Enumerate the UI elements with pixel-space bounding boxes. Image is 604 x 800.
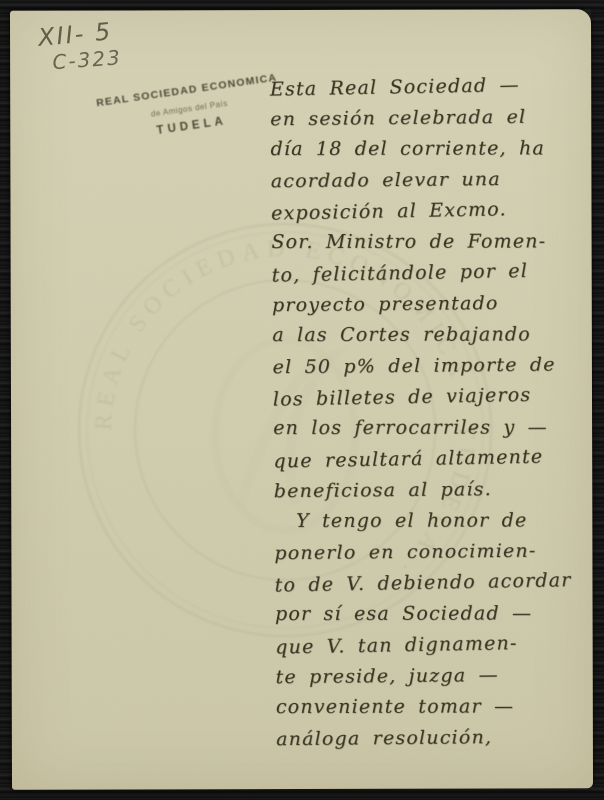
handwritten-letter-body: Esta Real Sociedad — en sesión celebrada… [270,70,595,755]
letter-line: proyecto presentado [272,287,590,321]
letter-line: día 18 del corriente, ha [270,133,588,165]
letter-line: ponerlo en conocimien- [274,535,592,569]
letter-line: Esta Real Sociedad — [270,69,589,106]
letter-line-paragraph-start: Y tengo el honor de [274,505,592,537]
letter-line: el 50 p% del importe de [272,349,590,383]
letter-line: to de V. debiendo acordar [274,565,593,602]
letter-line: en sesión celebrada el [270,101,588,135]
letter-line: a las Cortes rebajando [272,319,590,351]
letter-line: te preside, juzga — [275,659,593,693]
letter-line: conveniente tomar — [276,691,594,723]
society-ink-stamp: REAL SOCIEDAD ECONOMICA de Amigos del Pa… [92,71,287,145]
letter-line: análoga resolución, [276,721,594,755]
letter-line: Sor. Ministro de Fomen- [271,226,589,258]
letter-page: XII- 5 C-323 REAL SOCIEDAD ECONOMICA de … [10,9,593,790]
letter-line: to, felicitándole por el [271,255,590,292]
letter-line: en los ferrocarriles y — [273,412,591,444]
letter-line: acordado elevar una [271,163,589,197]
letter-line: beneficiosa al país. [274,473,592,507]
scanner-background: XII- 5 C-323 REAL SOCIEDAD ECONOMICA de … [0,0,604,800]
archival-marks: XII- 5 C-323 [38,22,112,66]
archival-mark-shelf: XII- 5 [37,19,113,50]
letter-line: exposición al Excmo. [271,193,590,230]
letter-line: que V. tan dignamen- [275,627,594,664]
letter-line: por sí esa Sociedad — [275,598,593,630]
archival-mark-number: C-323 [52,47,127,72]
letter-line: que resultará altamente [273,441,592,478]
letter-line: los billetes de viajeros [273,379,592,416]
